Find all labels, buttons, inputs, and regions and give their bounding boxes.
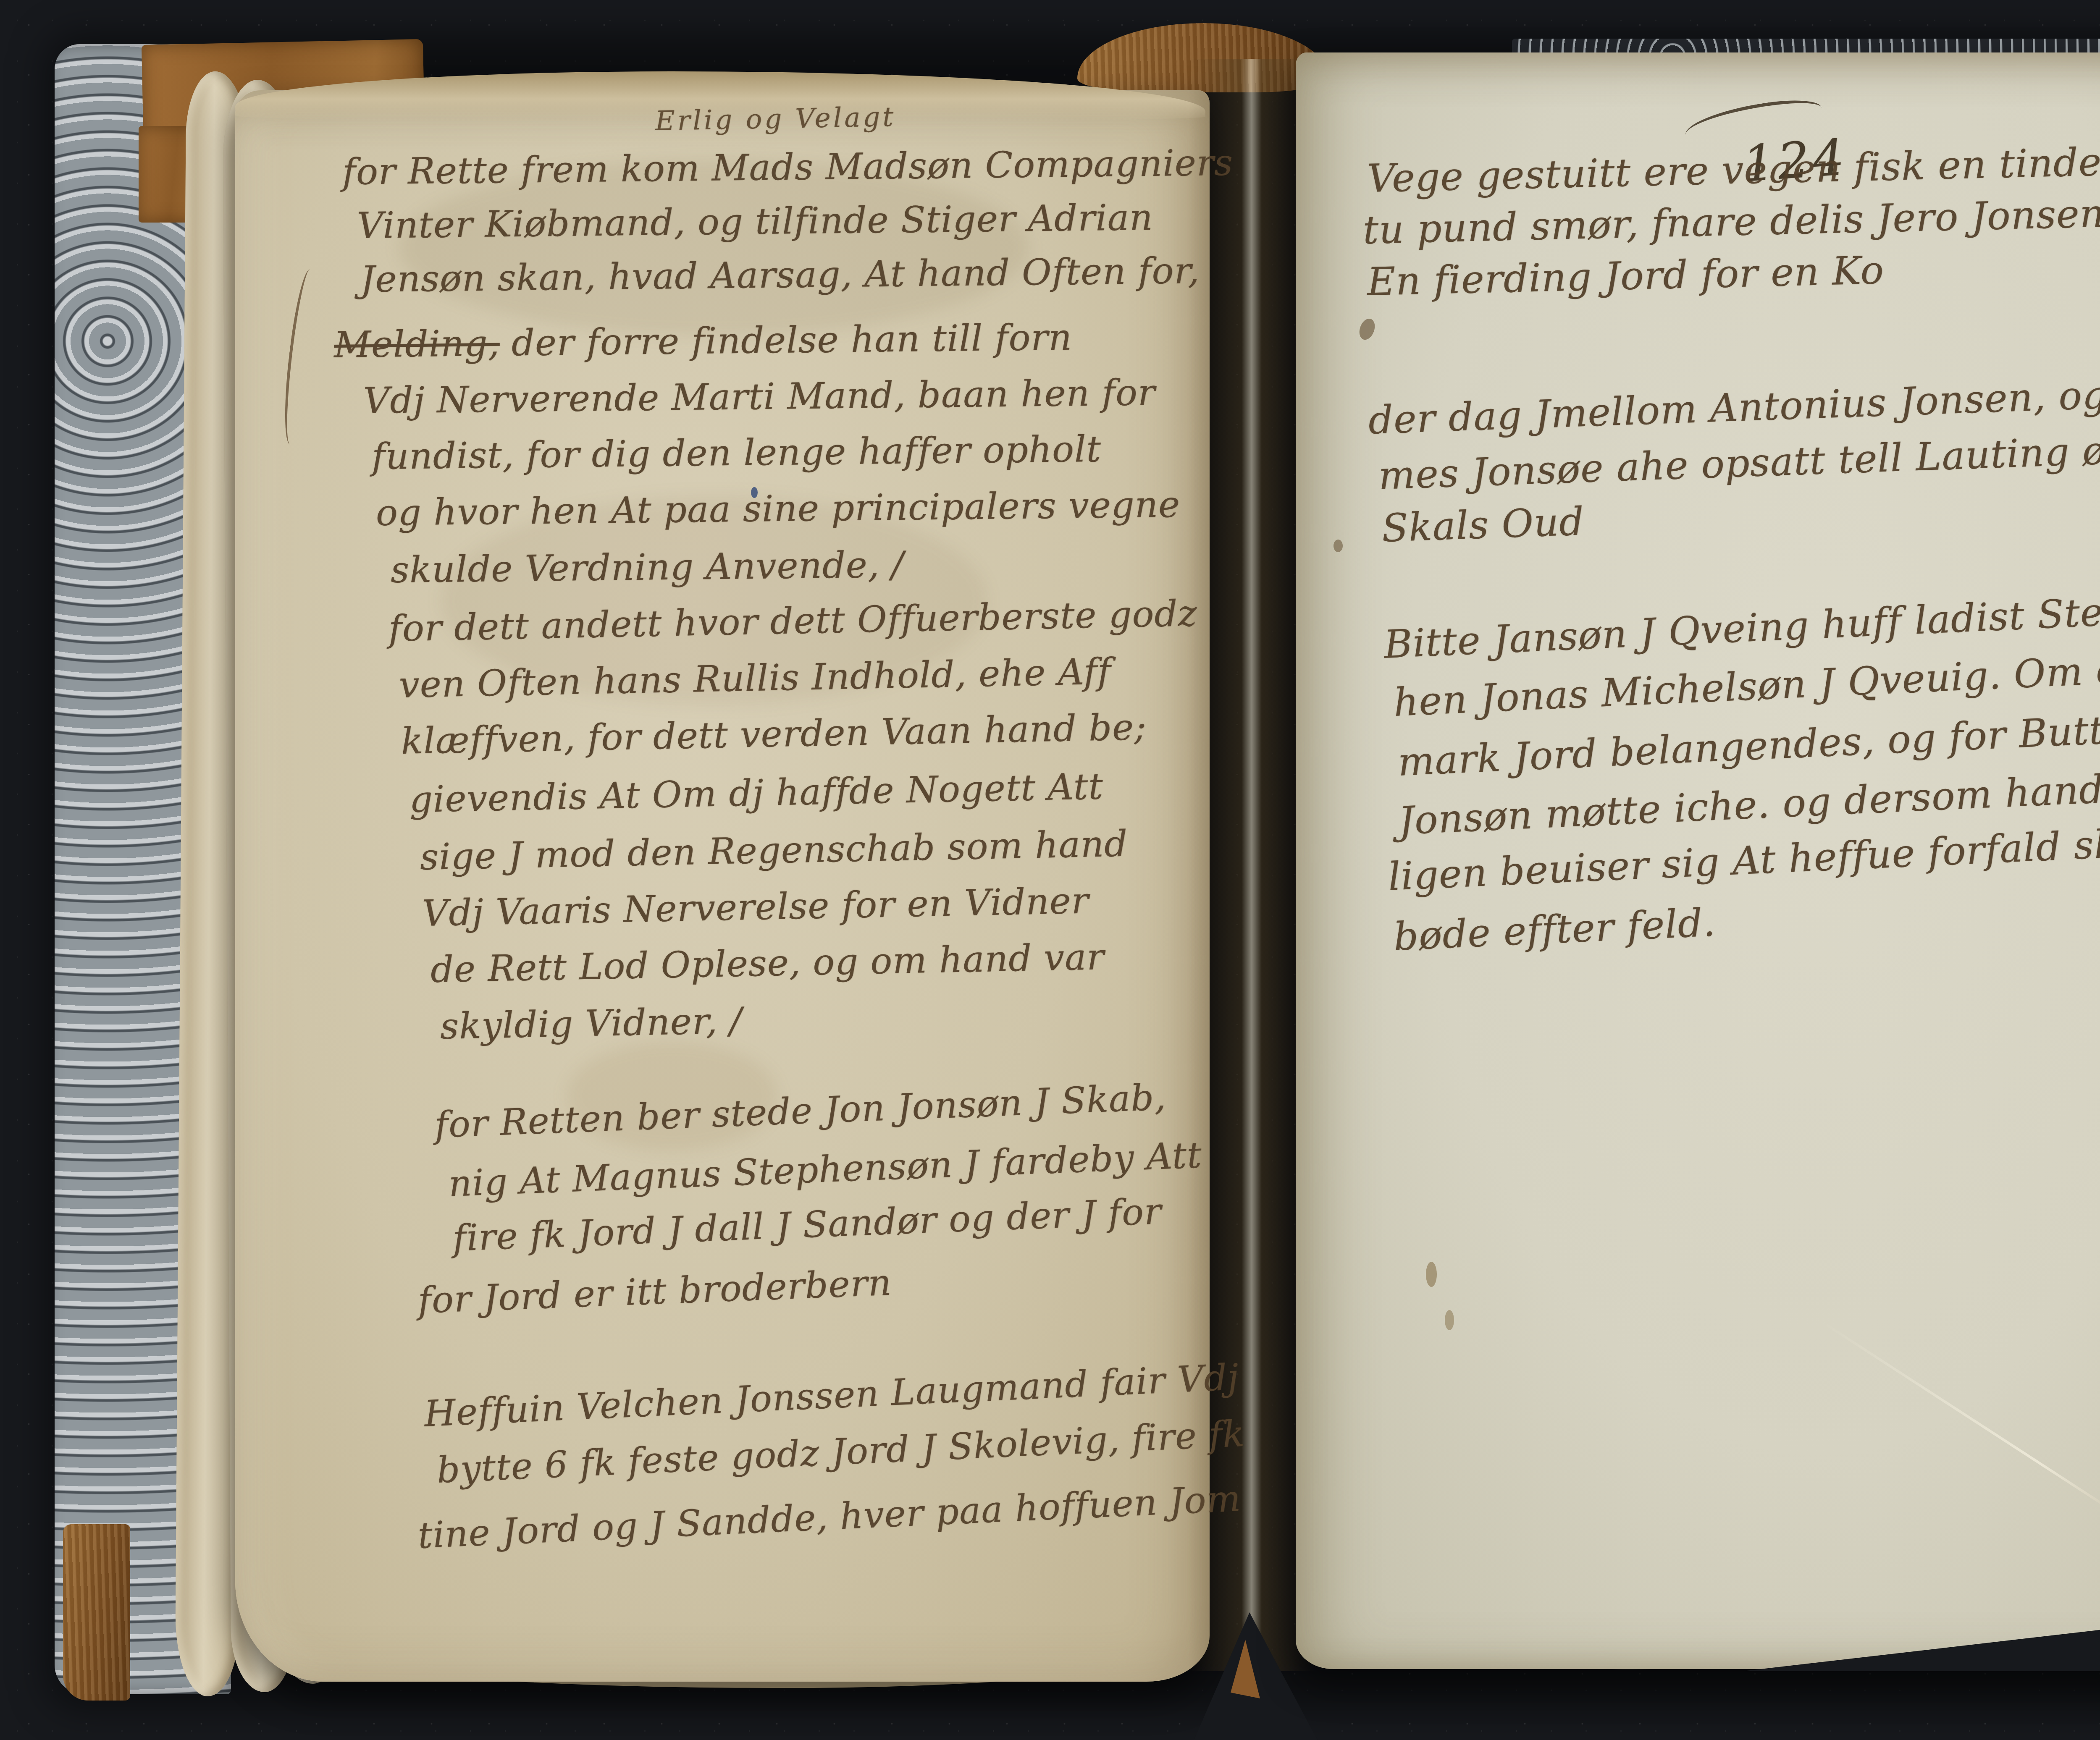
manuscript-line: Vinter Kiøbmand, og tilfinde Stiger Adri…	[357, 197, 1153, 247]
bottom-left-leather-corner	[63, 1524, 130, 1701]
manuscript-line: Vdj Nerverende Marti Mand, baan hen for	[363, 372, 1155, 422]
manuscript-photo: 124 Erlig og Velagt for Rette frem kom M…	[0, 0, 2100, 1740]
manuscript-line: og hvor hen At paa sine principalers veg…	[375, 484, 1180, 534]
left-page-heading: Erlig og Velagt	[655, 102, 896, 137]
struck-word: Melding,	[333, 322, 500, 366]
manuscript-line: fundist, for dig den lenge haffer opholt	[371, 428, 1101, 478]
line-rest: der forre findelse han till forn	[511, 317, 1072, 364]
manuscript-line: Skals Oud	[1381, 499, 1585, 551]
manuscript-line: skyldig Vidner, /	[440, 1000, 743, 1048]
worm-hole-1	[1426, 1262, 1437, 1287]
manuscript-line: Jensøn skan, hvad Aarsag, At hand Often …	[360, 250, 1200, 301]
ink-blot-2	[1333, 540, 1343, 552]
worm-hole-2	[1445, 1310, 1454, 1330]
manuscript-line: skulde Verdning Anvende, /	[390, 544, 904, 591]
manuscript-line-struck: Melding,der forre findelse han till forn	[333, 317, 1072, 366]
